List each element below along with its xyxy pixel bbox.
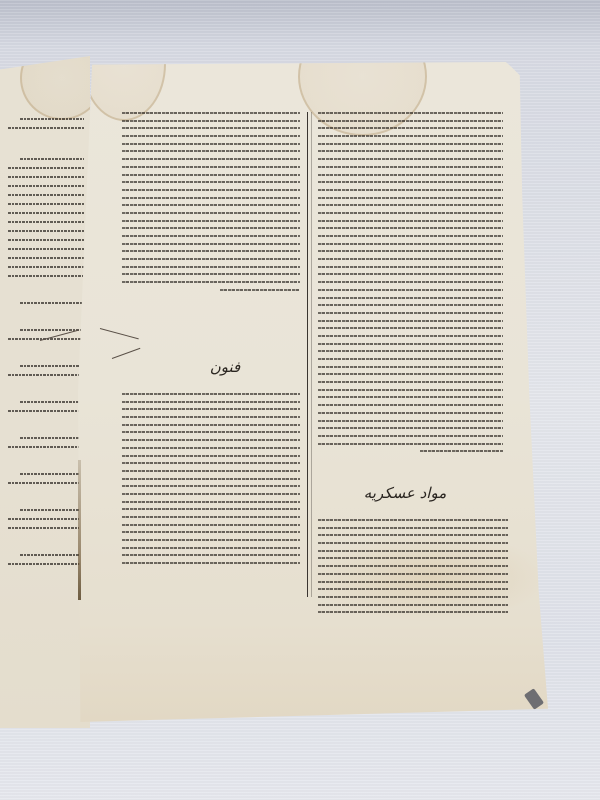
text-line xyxy=(122,220,300,222)
text-line xyxy=(318,227,503,229)
text-line xyxy=(20,554,84,556)
text-line xyxy=(318,273,503,275)
text-line xyxy=(318,373,503,375)
text-line xyxy=(318,527,508,529)
text-line xyxy=(8,446,84,448)
text-line xyxy=(8,167,84,169)
text-line xyxy=(122,197,300,199)
text-line xyxy=(318,135,503,137)
text-line xyxy=(318,150,503,152)
text-line xyxy=(8,410,84,412)
text-line xyxy=(318,435,503,437)
text-line xyxy=(318,542,508,544)
text-line xyxy=(318,174,503,176)
text-line xyxy=(8,212,84,214)
text-line xyxy=(122,478,300,480)
text-line xyxy=(318,412,503,414)
heading-funun: فنون xyxy=(200,358,250,376)
text-line xyxy=(122,120,300,122)
text-line xyxy=(122,531,300,533)
text-line xyxy=(318,534,508,536)
text-line xyxy=(318,127,503,129)
text-line xyxy=(318,443,503,445)
text-line xyxy=(318,396,503,398)
text-line xyxy=(318,197,503,199)
middle-column-top-text xyxy=(122,112,300,297)
text-line xyxy=(20,401,84,403)
text-line xyxy=(318,250,503,252)
text-line xyxy=(122,424,300,426)
text-line xyxy=(122,493,300,495)
page-fold xyxy=(78,460,81,600)
text-line xyxy=(122,439,300,441)
text-line xyxy=(8,185,84,187)
text-line xyxy=(8,248,84,250)
text-line xyxy=(122,408,300,410)
text-line xyxy=(318,581,508,583)
text-line xyxy=(318,289,503,291)
right-column-top-text xyxy=(318,112,503,458)
text-line xyxy=(318,335,503,337)
text-line xyxy=(318,220,503,222)
text-line xyxy=(122,416,300,418)
text-line xyxy=(122,470,300,472)
text-line xyxy=(8,176,84,178)
text-line xyxy=(318,588,508,590)
text-line xyxy=(420,450,503,452)
text-line xyxy=(318,420,503,422)
text-line xyxy=(318,557,508,559)
text-line xyxy=(318,573,508,575)
text-line xyxy=(122,250,300,252)
text-line xyxy=(318,312,503,314)
text-line xyxy=(20,118,84,120)
text-line xyxy=(122,273,300,275)
text-line xyxy=(318,550,508,552)
text-line xyxy=(318,181,503,183)
left-page-text xyxy=(4,118,84,590)
text-line xyxy=(122,393,300,395)
text-line xyxy=(318,281,503,283)
text-line xyxy=(122,508,300,510)
text-line xyxy=(20,473,84,475)
text-line xyxy=(122,212,300,214)
text-line xyxy=(20,302,84,304)
text-line xyxy=(318,343,503,345)
text-line xyxy=(8,482,84,484)
text-line xyxy=(318,235,503,237)
text-line xyxy=(20,158,84,160)
text-line xyxy=(122,166,300,168)
text-line xyxy=(318,350,503,352)
text-line xyxy=(122,447,300,449)
text-line xyxy=(8,127,84,129)
text-line xyxy=(318,519,508,521)
text-line xyxy=(8,518,84,520)
text-line xyxy=(318,327,503,329)
middle-column-bottom-text xyxy=(122,393,300,570)
text-line xyxy=(318,381,503,383)
text-line xyxy=(122,181,300,183)
text-line xyxy=(318,266,503,268)
text-line xyxy=(122,547,300,549)
text-line xyxy=(318,358,503,360)
text-line xyxy=(122,127,300,129)
text-line xyxy=(8,527,84,529)
text-line xyxy=(318,120,503,122)
text-line xyxy=(122,204,300,206)
text-line xyxy=(318,611,508,613)
text-line xyxy=(122,235,300,237)
text-line xyxy=(122,243,300,245)
text-line xyxy=(318,143,503,145)
text-line xyxy=(8,239,84,241)
text-line xyxy=(8,374,84,376)
heading-mevadd-askeriye: مواد عسكريه xyxy=(360,484,450,502)
text-line xyxy=(318,212,503,214)
text-line xyxy=(220,289,300,291)
text-line xyxy=(122,431,300,433)
text-line xyxy=(122,174,300,176)
text-line xyxy=(8,221,84,223)
text-line xyxy=(122,281,300,283)
text-line xyxy=(318,596,508,598)
text-line xyxy=(318,604,508,606)
text-line xyxy=(8,203,84,205)
text-line xyxy=(122,112,300,114)
text-line xyxy=(122,501,300,503)
text-line xyxy=(318,158,503,160)
text-line xyxy=(20,509,84,511)
text-line xyxy=(318,112,503,114)
text-line xyxy=(8,194,84,196)
text-line xyxy=(318,565,508,567)
text-line xyxy=(8,257,84,259)
text-line xyxy=(8,563,84,565)
text-line xyxy=(122,462,300,464)
text-line xyxy=(122,524,300,526)
text-line xyxy=(122,258,300,260)
text-line xyxy=(20,437,84,439)
column-divider xyxy=(311,112,312,597)
text-line xyxy=(122,455,300,457)
text-line xyxy=(318,320,503,322)
text-line xyxy=(122,516,300,518)
text-line xyxy=(122,158,300,160)
text-line xyxy=(318,404,503,406)
text-line xyxy=(318,389,503,391)
text-line xyxy=(318,166,503,168)
text-line xyxy=(318,189,503,191)
text-line xyxy=(122,485,300,487)
text-line xyxy=(20,365,84,367)
left-page xyxy=(0,56,90,728)
text-line xyxy=(122,227,300,229)
text-line xyxy=(8,275,84,277)
text-line xyxy=(122,135,300,137)
text-line xyxy=(122,539,300,541)
text-line xyxy=(318,427,503,429)
right-column-bottom-text xyxy=(318,519,508,619)
text-line xyxy=(122,266,300,268)
text-line xyxy=(8,266,84,268)
text-line xyxy=(318,258,503,260)
water-stain xyxy=(82,7,166,121)
text-line xyxy=(122,143,300,145)
text-line xyxy=(122,554,300,556)
text-line xyxy=(318,204,503,206)
text-line xyxy=(122,150,300,152)
text-line xyxy=(318,366,503,368)
text-line xyxy=(122,401,300,403)
text-line xyxy=(318,243,503,245)
text-line xyxy=(122,562,300,564)
text-line xyxy=(318,297,503,299)
column-divider xyxy=(307,112,308,597)
text-line xyxy=(8,230,84,232)
text-line xyxy=(122,189,300,191)
text-line xyxy=(318,304,503,306)
